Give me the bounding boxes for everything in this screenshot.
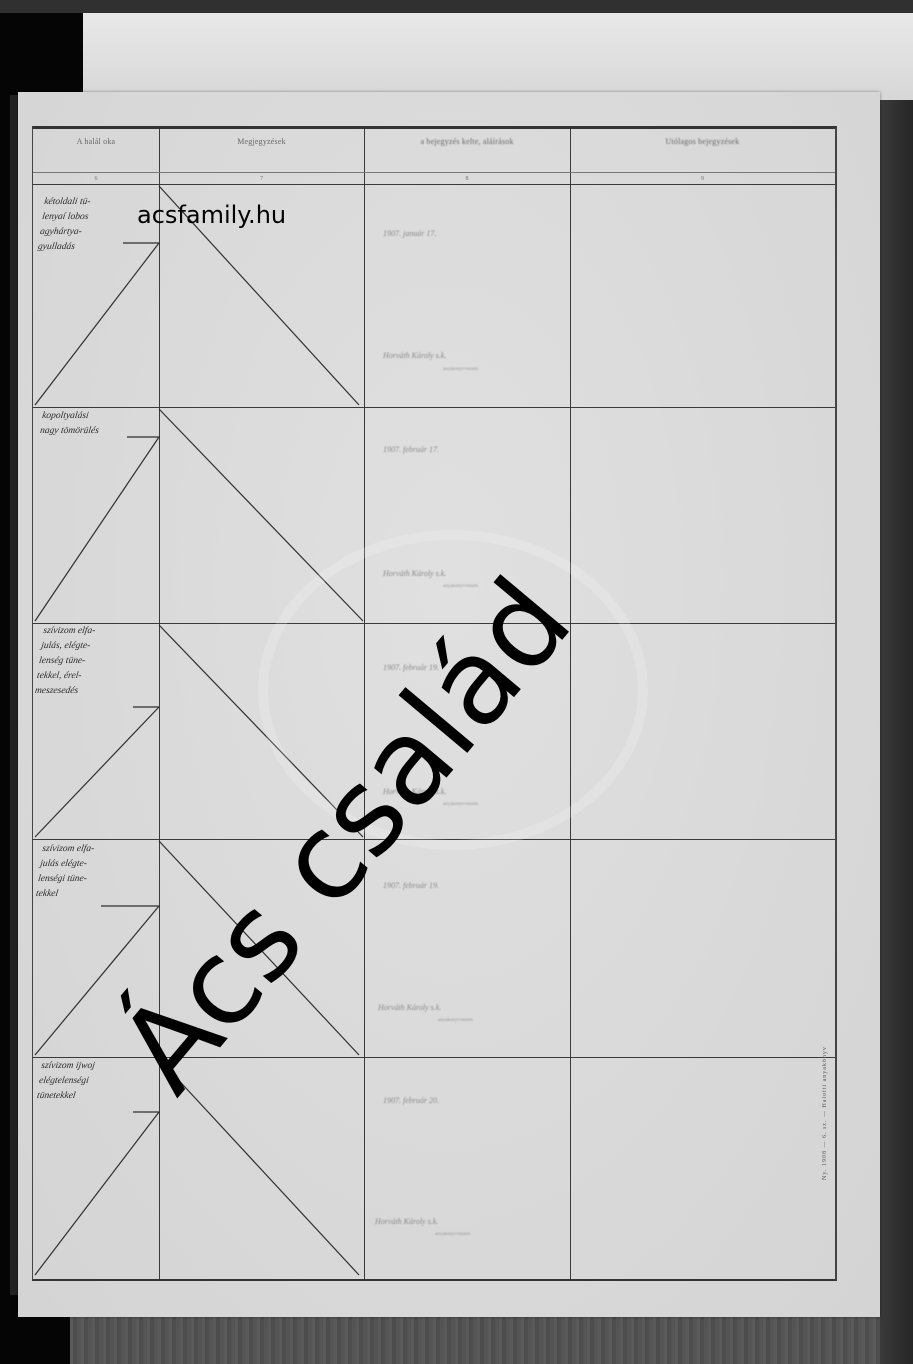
cause-of-death-row-1: kétoldali tü- lenyaí lobos agyhártya- gy… xyxy=(37,195,92,255)
watermark-site: acsfamily.hu xyxy=(137,201,286,229)
entry-date-row-2: 1907. február 17. xyxy=(383,445,439,454)
cause-of-death-row-5: szívizom ijwoj elégtelenségi tünetekkel xyxy=(36,1059,96,1104)
signature-row-4: Horváth Károly s.k. xyxy=(378,1003,441,1012)
scan-border-right xyxy=(880,100,913,1364)
entry-date-row-5: 1907. február 20. xyxy=(383,1096,439,1105)
signature-title-row-4: anyakönyvvezető xyxy=(438,1018,473,1023)
cause-of-death-row-4: szívizom elfa- julás elégte- lenségi tün… xyxy=(35,842,95,902)
cause-of-death-row-2: kopoltyalási nagy tömörülés xyxy=(39,409,102,439)
signature-title-row-1: anyakönyvvezető xyxy=(443,367,478,372)
signature-row-1: Horváth Károly s.k. xyxy=(383,351,446,360)
entry-date-row-1: 1907. január 17. xyxy=(383,229,436,238)
signature-title-row-5: anyakönyvvezető xyxy=(435,1232,470,1237)
viewer-top-bar xyxy=(0,0,913,13)
signature-row-5: Horváth Károly s.k. xyxy=(375,1217,438,1226)
back-page xyxy=(83,13,913,103)
cause-of-death-row-3: szívizom elfa- julás, elégte- lenség tün… xyxy=(34,624,97,699)
printer-side-note: Ny. 1908 — 6. sz. — Halotti anyakönyv xyxy=(822,780,832,1180)
